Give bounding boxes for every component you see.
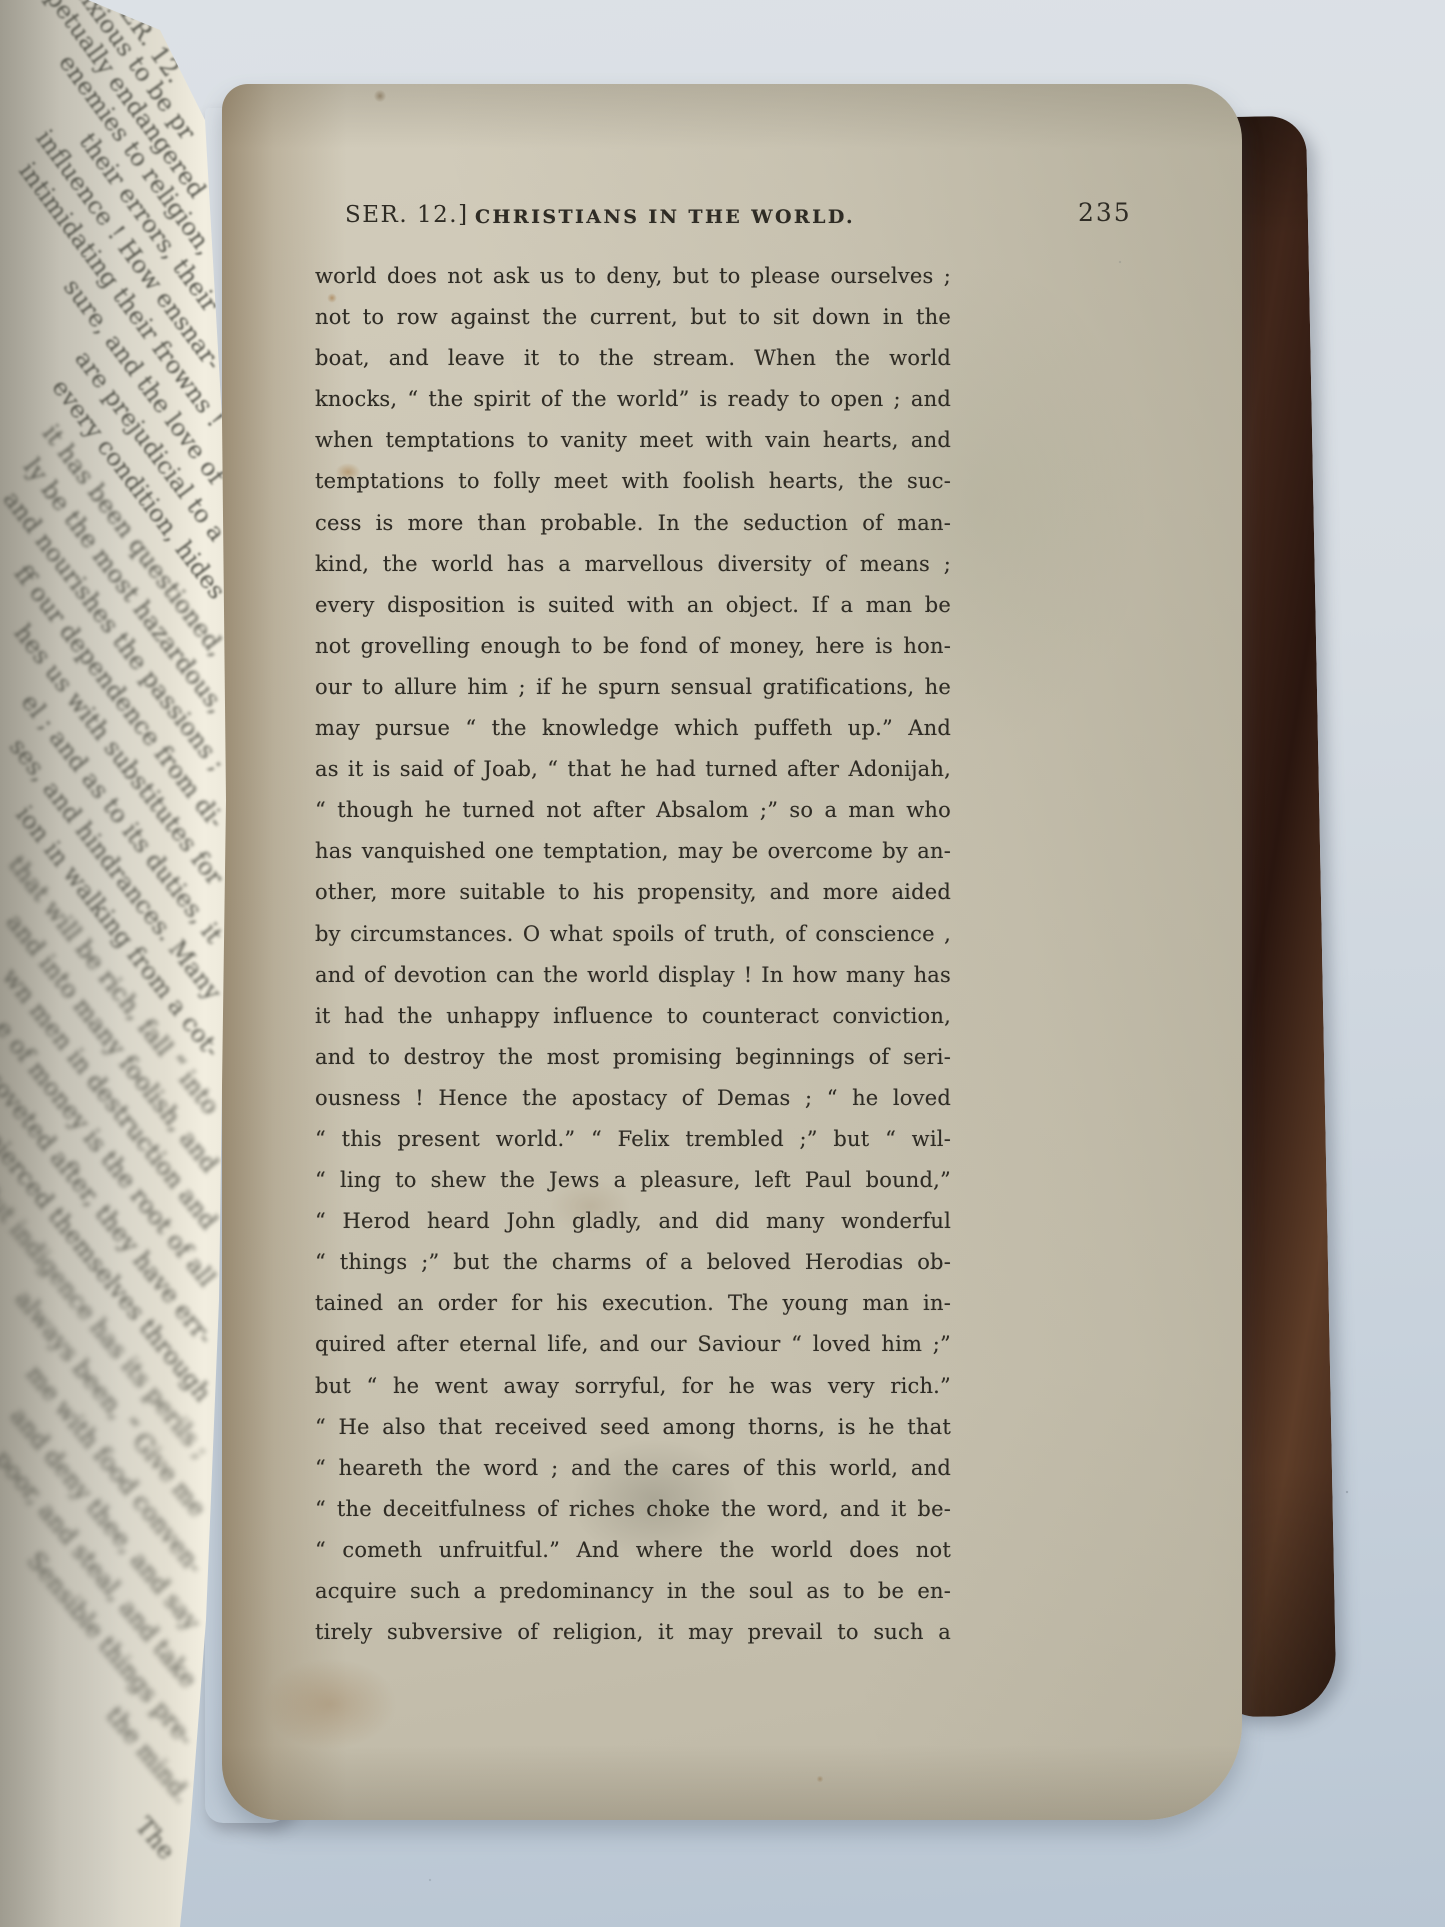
body-line: it had the unhappy influence to countera… xyxy=(315,996,951,1037)
body-line: world does not ask us to deny, but to pl… xyxy=(315,256,951,297)
body-line: “ the deceitfulness of riches choke the … xyxy=(315,1489,951,1530)
body-line: acquire such a predominancy in the soul … xyxy=(315,1571,951,1612)
body-line: and of devotion can the world display ! … xyxy=(315,955,951,996)
page-number: 235 xyxy=(1078,198,1132,227)
body-line: “ things ;” but the charms of a beloved … xyxy=(315,1242,951,1283)
body-line: when temptations to vanity meet with vai… xyxy=(315,420,951,461)
book-photo-scene: SER. 12.] CHRISTIANS IN THE WORLD. 235 w… xyxy=(0,0,1445,1927)
body-line: temptations to folly meet with foolish h… xyxy=(315,461,951,502)
body-line: ousness ! Hence the apostacy of Demas ; … xyxy=(315,1078,951,1119)
book-left-page-lifted: [SER. 12.anxious to be prperpetually end… xyxy=(0,0,232,1927)
body-line: tirely subversive of religion, it may pr… xyxy=(315,1612,951,1653)
body-line: “ this present world.” “ Felix trembled … xyxy=(315,1119,951,1160)
body-line: boat, and leave it to the stream. When t… xyxy=(315,338,951,379)
page-body-text: world does not ask us to deny, but to pl… xyxy=(315,256,951,1653)
body-line: as it is said of Joab, “ that he had tur… xyxy=(315,749,951,790)
body-line: may pursue “ the knowledge which puffeth… xyxy=(315,708,951,749)
body-line: quired after eternal life, and our Savio… xyxy=(315,1324,951,1365)
body-line: “ He also that received seed among thorn… xyxy=(315,1407,951,1448)
book-right-page: SER. 12.] CHRISTIANS IN THE WORLD. 235 w… xyxy=(222,84,1242,1820)
body-line: cess is more than probable. In the seduc… xyxy=(315,503,951,544)
body-line: knocks, “ the spirit of the world” is re… xyxy=(315,379,951,420)
body-line: but “ he went away sorryful, for he was … xyxy=(315,1366,951,1407)
body-line: other, more suitable to his propensity, … xyxy=(315,872,951,913)
body-line: “ Herod heard John gladly, and did many … xyxy=(315,1201,951,1242)
body-line: not to row against the current, but to s… xyxy=(315,297,951,338)
page-title: CHRISTIANS IN THE WORLD. xyxy=(475,206,855,228)
body-line: has vanquished one temptation, may be ov… xyxy=(315,831,951,872)
header-series: SER. 12.] xyxy=(345,202,469,228)
body-line: and to destroy the most promising beginn… xyxy=(315,1037,951,1078)
body-line: not grovelling enough to be fond of mone… xyxy=(315,626,951,667)
body-line: “ cometh unfruitful.” And where the worl… xyxy=(315,1530,951,1571)
body-line: kind, the world has a marvellous diversi… xyxy=(315,544,951,585)
body-line: tained an order for his execution. The y… xyxy=(315,1283,951,1324)
body-line: every disposition is suited with an obje… xyxy=(315,585,951,626)
body-line: “ though he turned not after Absalom ;” … xyxy=(315,790,951,831)
body-line: by circumstances. O what spoils of truth… xyxy=(315,914,951,955)
body-line: “ ling to shew the Jews a pleasure, left… xyxy=(315,1160,951,1201)
body-line: our to allure him ; if he spurn sensual … xyxy=(315,667,951,708)
body-line: “ heareth the word ; and the cares of th… xyxy=(315,1448,951,1489)
